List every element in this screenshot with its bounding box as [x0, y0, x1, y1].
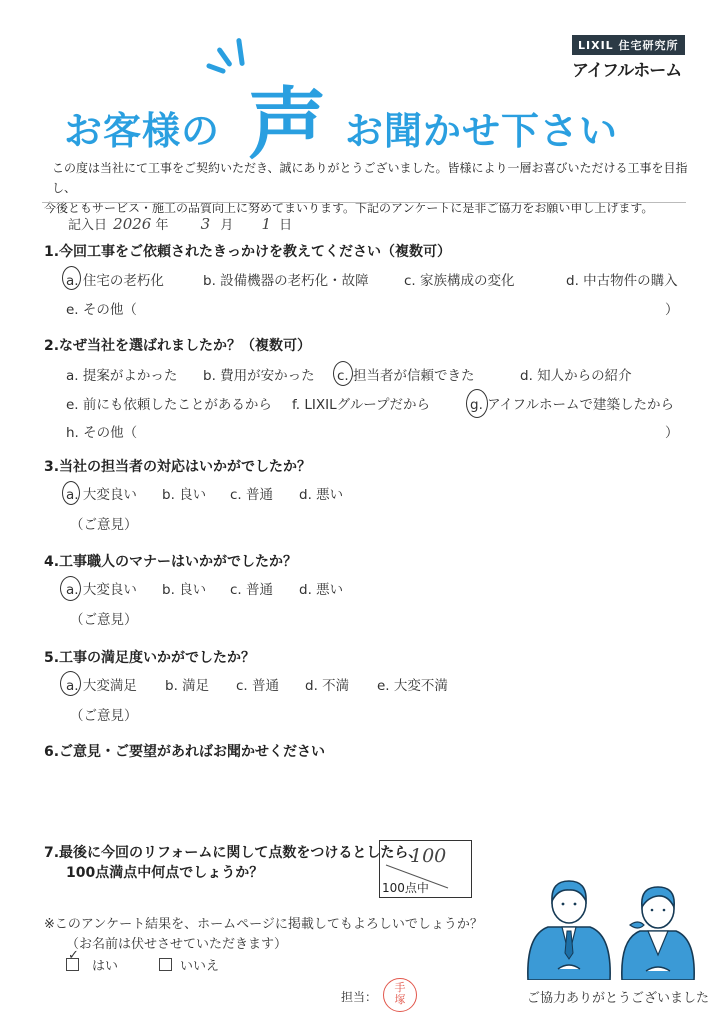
intro-text: この度は当社にて工事をご契約いただき、誠にありがとうございました。皆様により一層… — [44, 158, 694, 218]
q2-title: 2.なぜ当社を選ばれましたか？（複数可） — [44, 335, 311, 355]
staff-label: 担当： — [341, 988, 377, 1005]
q1-option-b[interactable]: b. 設備機器の老朽化・故障 — [203, 269, 369, 289]
lixil-logo: LIXIL 住宅研究所 — [572, 35, 685, 55]
q1-option-d[interactable]: d. 中古物件の購入 — [566, 269, 678, 289]
q1-option-c[interactable]: c. 家族構成の変化 — [404, 269, 515, 289]
q5-option-a[interactable]: a. 大変満足 — [66, 674, 137, 694]
staff-illustration — [518, 875, 708, 980]
q3-opinion-label: （ご意見） — [70, 513, 138, 533]
company-logo: アイフルホーム — [572, 56, 681, 81]
intro-line-1: この度は当社にて工事をご契約いただき、誠にありがとうございました。皆様により一層… — [44, 158, 694, 198]
date-label: 記入日 — [68, 218, 107, 233]
q6-title: 6.ご意見・ご要望があればお聞かせください — [44, 741, 325, 761]
male-staff-icon — [528, 881, 610, 980]
q5-option-b[interactable]: b. 満足 — [165, 674, 209, 694]
q2-option-a[interactable]: a. 提案がよかった — [66, 364, 177, 384]
q5-option-e[interactable]: e. 大変不満 — [377, 674, 448, 694]
q2-option-e[interactable]: e. 前にも依頼したことがあるから — [66, 393, 272, 413]
divider — [42, 202, 686, 203]
burst-line-1 — [236, 38, 245, 66]
q7-title-line-1: 7.最後に今回のリフォームに関して点数をつけるとしたら、 — [44, 842, 422, 862]
q5-title: 5.工事の満足度いかがでしたか？ — [44, 647, 255, 667]
q6-comment-area[interactable] — [44, 765, 684, 825]
score-box[interactable]: 100 100点中 — [379, 840, 472, 898]
q2-option-f[interactable]: f. LIXILグループだから — [292, 393, 430, 413]
q1-close-paren: ） — [665, 298, 679, 318]
date-row: 記入日 2026 年 3 月 1 日 — [68, 214, 292, 233]
burst-line-2 — [216, 47, 233, 68]
burst-line-3 — [206, 63, 227, 75]
q3-option-d[interactable]: d. 悪い — [299, 483, 343, 503]
date-day-field[interactable]: 1 — [261, 215, 271, 233]
q4-title: 4.工事職人のマナーはいかがでしたか？ — [44, 551, 297, 571]
title-suffix: お聞かせ下さい — [345, 100, 618, 155]
no-checkbox[interactable] — [159, 958, 172, 971]
q2-close-paren: ） — [665, 421, 679, 441]
no-label[interactable]: いいえ — [180, 955, 219, 974]
month-label: 月 — [220, 218, 233, 233]
q1-title: 1.今回工事をご依頼されたきっかけを教えてください（複数可） — [44, 241, 451, 261]
publish-note: （お名前は伏せさせていただきます） — [66, 933, 287, 952]
staff-seal-stamp: 手 塚 — [383, 978, 417, 1012]
q3-option-b[interactable]: b. 良い — [162, 483, 206, 503]
date-month-field[interactable]: 3 — [201, 215, 211, 233]
q2-option-h[interactable]: h. その他（ — [66, 421, 137, 441]
day-label: 日 — [279, 218, 292, 233]
checkmark-icon: ✓ — [68, 948, 79, 963]
q7-title-line-2: 100点満点中何点でしょうか？ — [66, 862, 263, 882]
q5-option-c[interactable]: c. 普通 — [236, 674, 279, 694]
q4-opinion-label: （ご意見） — [70, 608, 138, 628]
female-staff-icon — [622, 887, 694, 980]
stamp-char-2: 塚 — [384, 994, 416, 1006]
q3-option-c[interactable]: c. 普通 — [230, 483, 273, 503]
q4-option-a[interactable]: a. 大変良い — [66, 578, 137, 598]
score-label: 100点中 — [382, 879, 429, 896]
thanks-message: ご協力ありがとうございました — [527, 987, 709, 1006]
q4-option-d[interactable]: d. 悪い — [299, 578, 343, 598]
publish-question: ※このアンケート結果を、ホームページに掲載してもよろしいでしょうか？ — [44, 913, 483, 932]
q2-option-c[interactable]: c. 担当者が信頼できた — [337, 364, 475, 384]
q4-option-b[interactable]: b. 良い — [162, 578, 206, 598]
date-year-field[interactable]: 2026 — [113, 215, 151, 233]
q4-option-c[interactable]: c. 普通 — [230, 578, 273, 598]
q5-opinion-label: （ご意見） — [70, 704, 138, 724]
yes-label[interactable]: はい — [92, 955, 118, 974]
q2-option-b[interactable]: b. 費用が安かった — [203, 364, 315, 384]
year-label: 年 — [155, 218, 168, 233]
q1-option-e[interactable]: e. その他（ — [66, 298, 137, 318]
q5-option-d[interactable]: d. 不満 — [305, 674, 349, 694]
q2-option-g[interactable]: g. アイフルホームで建築したから — [470, 393, 674, 413]
q3-title: 3.当社の担当者の対応はいかがでしたか？ — [44, 456, 311, 476]
q1-option-a[interactable]: a. 住宅の老朽化 — [66, 269, 164, 289]
q3-option-a[interactable]: a. 大変良い — [66, 483, 137, 503]
q2-option-d[interactable]: d. 知人からの紹介 — [520, 364, 632, 384]
title-prefix: お客様の — [64, 100, 220, 155]
